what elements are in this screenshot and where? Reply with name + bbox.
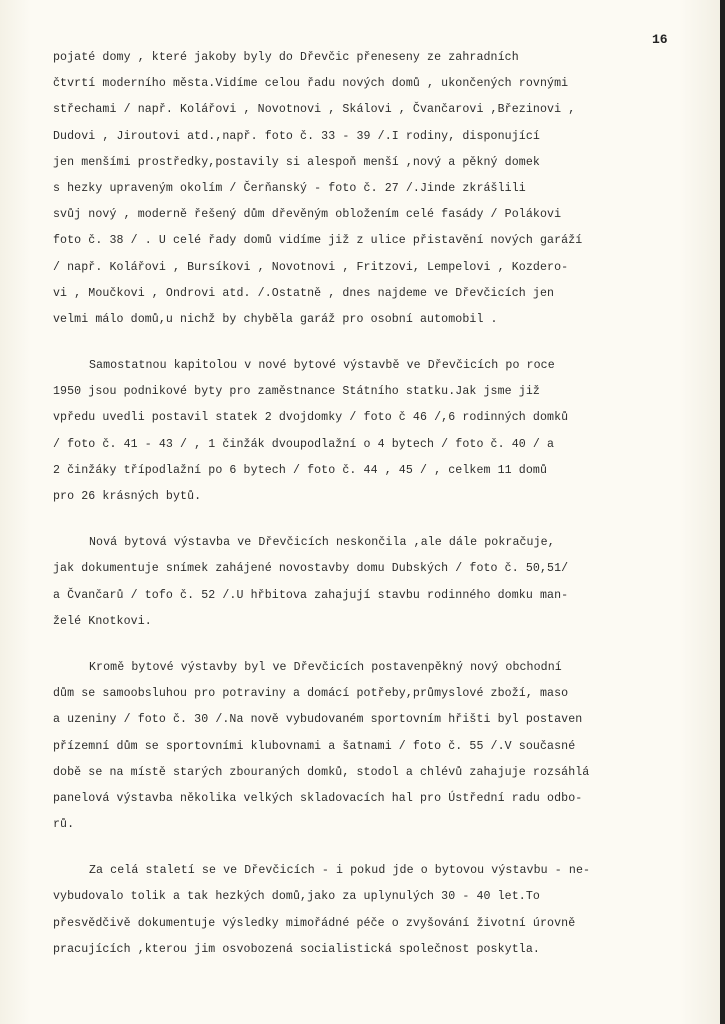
paragraph: Kromě bytové výstavby byl ve Dřevčicích … xyxy=(53,655,693,838)
text-line: vpředu uvedli postavil statek 2 dvojdomk… xyxy=(53,405,693,431)
text-line: jen menšími prostředky,postavily si ales… xyxy=(53,150,693,176)
paragraph: pojaté domy , které jakoby byly do Dřevč… xyxy=(53,45,693,333)
paragraph: Nová bytová výstavba ve Dřevčicích nesko… xyxy=(53,530,693,635)
text-line: 2 činžáky třípodlažní po 6 bytech / foto… xyxy=(53,458,693,484)
text-line: a uzeniny / foto č. 30 /.Na nově vybudov… xyxy=(53,707,693,733)
text-line: 1950 jsou podnikové byty pro zaměstnance… xyxy=(53,379,693,405)
text-line: panelová výstavba několika velkých sklad… xyxy=(53,786,693,812)
text-line: vi , Moučkovi , Ondrovi atd. /.Ostatně ,… xyxy=(53,281,693,307)
text-line: pracujících ,kterou jim osvobozená socia… xyxy=(53,937,693,963)
text-line: Samostatnou kapitolou v nové bytové výst… xyxy=(53,353,693,379)
text-line: přízemní dům se sportovními klubovnami a… xyxy=(53,734,693,760)
text-line: Kromě bytové výstavby byl ve Dřevčicích … xyxy=(53,655,693,681)
paragraph-gap xyxy=(53,333,693,353)
text-line: čtvrtí moderního města.Vidíme celou řadu… xyxy=(53,71,693,97)
scan-edge xyxy=(720,0,725,1024)
text-line: foto č. 38 / . U celé řady domů vidíme j… xyxy=(53,228,693,254)
text-line: a Čvančarů / tofo č. 52 /.U hřbitova zah… xyxy=(53,583,693,609)
paragraph: Za celá staletí se ve Dřevčicích - i pok… xyxy=(53,858,693,963)
text-line: velmi málo domů,u nichž by chyběla garáž… xyxy=(53,307,693,333)
text-line: rů. xyxy=(53,812,693,838)
text-line: Dudovi , Jiroutovi atd.,např. foto č. 33… xyxy=(53,124,693,150)
paragraph-gap xyxy=(53,510,693,530)
document-body: pojaté domy , které jakoby byly do Dřevč… xyxy=(53,45,693,963)
text-line: pro 26 krásných bytů. xyxy=(53,484,693,510)
text-line: jak dokumentuje snímek zahájené novostav… xyxy=(53,556,693,582)
document-page: 16 pojaté domy , které jakoby byly do Dř… xyxy=(0,0,720,1024)
text-line: pojaté domy , které jakoby byly do Dřevč… xyxy=(53,45,693,71)
text-line: / např. Kolářovi , Bursíkovi , Novotnovi… xyxy=(53,255,693,281)
text-line: Nová bytová výstavba ve Dřevčicích nesko… xyxy=(53,530,693,556)
text-line: Za celá staletí se ve Dřevčicích - i pok… xyxy=(53,858,693,884)
text-line: přesvědčivě dokumentuje výsledky mimořád… xyxy=(53,911,693,937)
text-line: vybudovalo tolik a tak hezkých domů,jako… xyxy=(53,884,693,910)
text-line: době se na místě starých zbouraných domk… xyxy=(53,760,693,786)
text-line: / foto č. 41 - 43 / , 1 činžák dvoupodla… xyxy=(53,432,693,458)
text-line: s hezky upraveným okolím / Čerňanský - f… xyxy=(53,176,693,202)
text-line: dům se samoobsluhou pro potraviny a domá… xyxy=(53,681,693,707)
paragraph-gap xyxy=(53,635,693,655)
paragraph-gap xyxy=(53,838,693,858)
text-line: střechami / např. Kolářovi , Novotnovi ,… xyxy=(53,97,693,123)
text-line: želé Knotkovi. xyxy=(53,609,693,635)
text-line: svůj nový , moderně řešený dům dřevěným … xyxy=(53,202,693,228)
paragraph: Samostatnou kapitolou v nové bytové výst… xyxy=(53,353,693,510)
